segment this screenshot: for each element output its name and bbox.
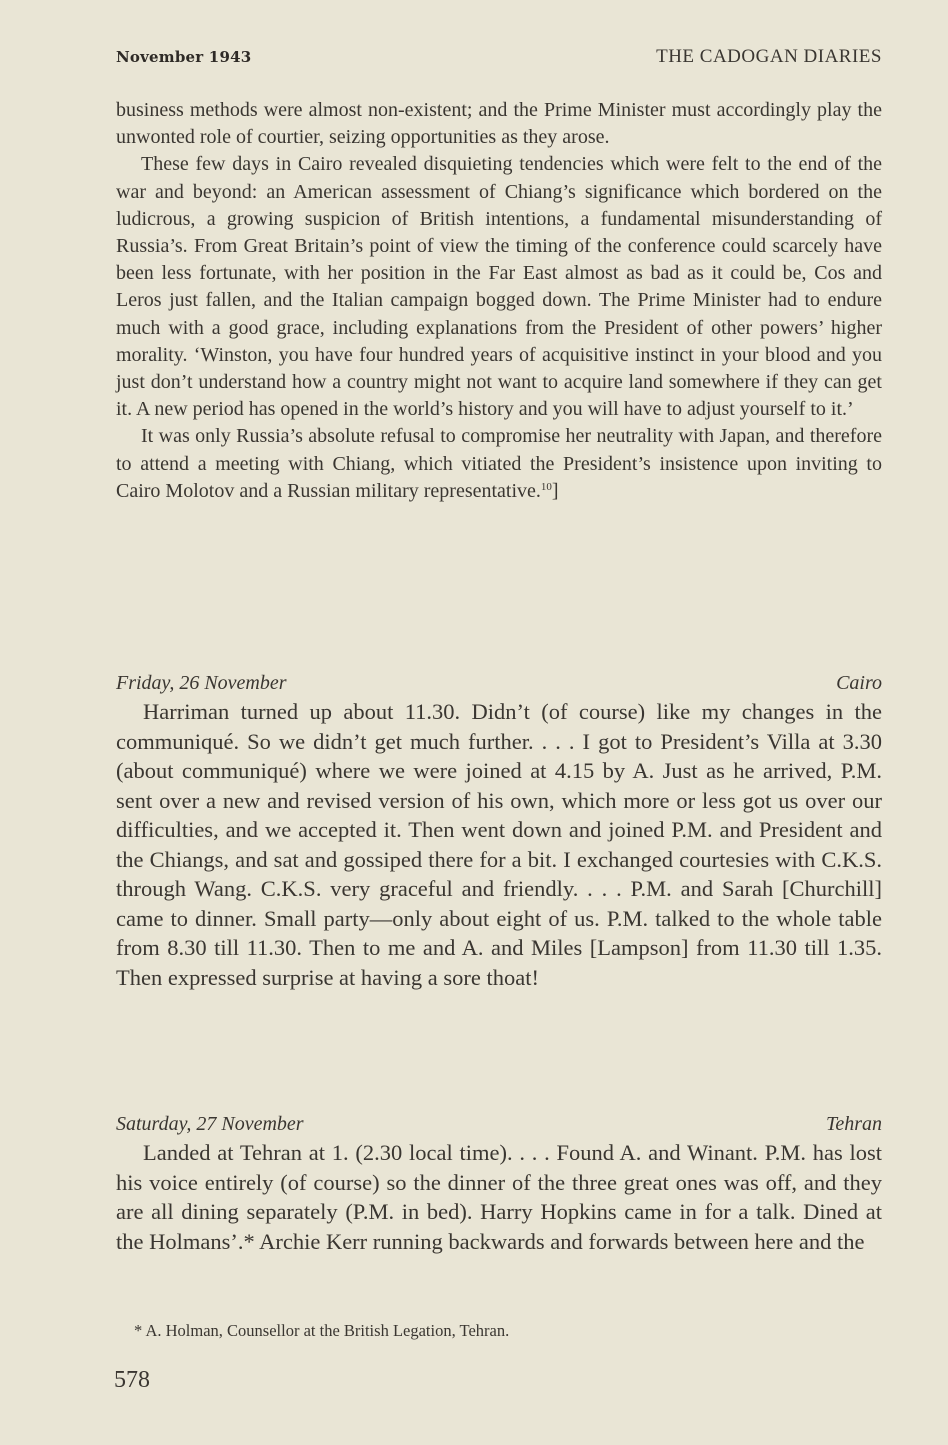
page-number: 578 bbox=[114, 1367, 150, 1394]
closing-bracket: ] bbox=[552, 480, 559, 502]
entry-place: Tehran bbox=[826, 1110, 882, 1138]
entry-heading: Saturday, 27 November Tehran bbox=[116, 1110, 882, 1138]
endnote-reference: 10 bbox=[541, 481, 552, 493]
entry-place: Cairo bbox=[836, 669, 882, 697]
editorial-paragraph: It was only Russia’s absolute refusal to… bbox=[116, 423, 882, 505]
editorial-paragraph-text: It was only Russia’s absolute refusal to… bbox=[116, 425, 882, 501]
entry-date: Saturday, 27 November bbox=[116, 1110, 304, 1138]
diary-entry: Saturday, 27 November Tehran Landed at T… bbox=[116, 1110, 882, 1256]
entry-text: Landed at Tehran at 1. (2.30 local time)… bbox=[116, 1138, 882, 1256]
entry-text: Harriman turned up about 11.30. Didn’t (… bbox=[116, 697, 882, 992]
book-page: November 1943 THE CADOGAN DIARIES busine… bbox=[0, 0, 948, 1445]
running-head-title: THE CADOGAN DIARIES bbox=[656, 46, 882, 68]
editorial-commentary: business methods were almost non-existen… bbox=[116, 97, 882, 505]
diary-entry: Friday, 26 November Cairo Harriman turne… bbox=[116, 669, 882, 992]
editorial-paragraph: These few days in Cairo revealed disquie… bbox=[116, 151, 882, 423]
entry-date: Friday, 26 November bbox=[116, 669, 287, 697]
footnote: * A. Holman, Counsellor at the British L… bbox=[134, 1321, 509, 1341]
editorial-paragraph: business methods were almost non-existen… bbox=[116, 97, 882, 151]
running-head: November 1943 THE CADOGAN DIARIES bbox=[116, 46, 882, 68]
running-head-date: November 1943 bbox=[116, 48, 251, 66]
entry-heading: Friday, 26 November Cairo bbox=[116, 669, 882, 697]
